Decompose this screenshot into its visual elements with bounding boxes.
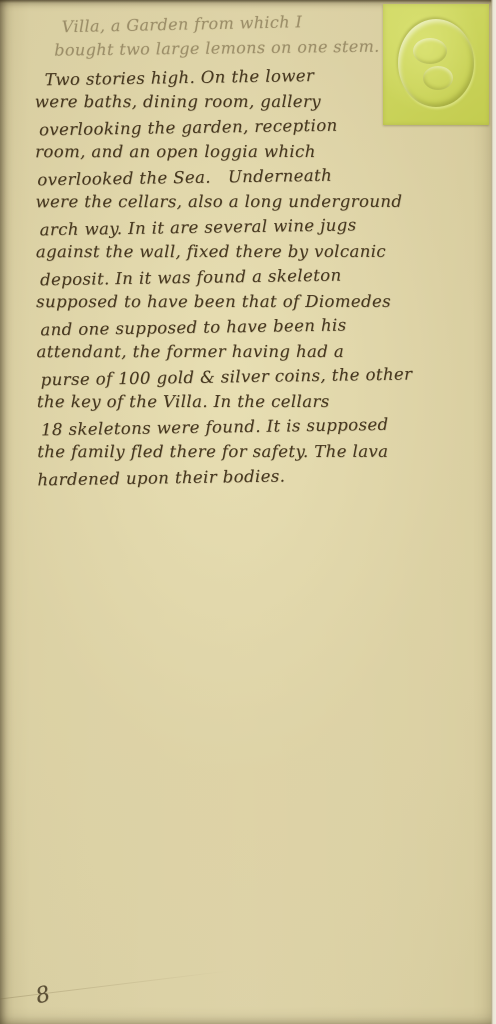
handwritten-line: were the cellars, also a long undergroun… (35, 189, 465, 214)
handwritten-line: supposed to have been that of Diomedes (36, 289, 466, 314)
handwriting-block: Villa, a Garden from which I bought two … (36, 10, 466, 489)
pencil-annotation: Villa, a Garden from which I bought two … (62, 6, 467, 64)
handwritten-line: attendant, the former having had a (37, 339, 467, 364)
photo-right-edge (491, 0, 496, 1024)
handwritten-line: room, and an open loggia which (35, 139, 465, 164)
manuscript-page: Villa, a Garden from which I bought two … (0, 0, 496, 1024)
handwritten-line: deposit. In it was found a skeleton (40, 261, 466, 293)
handwritten-line: hardened upon their bodies. (37, 461, 467, 493)
handwritten-line: against the wall, fixed there by volcani… (36, 239, 466, 264)
handwritten-line: and one supposed to have been his (40, 311, 466, 343)
ink-entry: Two stories high. On the lower were bath… (35, 63, 468, 491)
handwritten-line: overlooking the garden, reception (39, 111, 465, 143)
handwritten-line: Two stories high. On the lower (44, 61, 464, 93)
photo-top-edge (0, 0, 496, 3)
handwritten-line: purse of 100 gold & silver coins, the ot… (41, 361, 467, 393)
page-number: 8 (33, 982, 53, 1010)
handwritten-line: the key of the Villa. In the cellars (37, 389, 467, 414)
pencil-line: bought two large lemons on one stem. (54, 33, 466, 63)
handwritten-line: were baths, dining room, gallery (35, 89, 465, 114)
handwritten-line: the family fled there for safety. The la… (37, 439, 467, 464)
handwritten-line: 18 skeletons were found. It is supposed (41, 411, 467, 443)
handwritten-line: arch way. In it are several wine jugs (39, 211, 465, 243)
handwritten-line: overlooked the Sea. Underneath (37, 161, 465, 193)
